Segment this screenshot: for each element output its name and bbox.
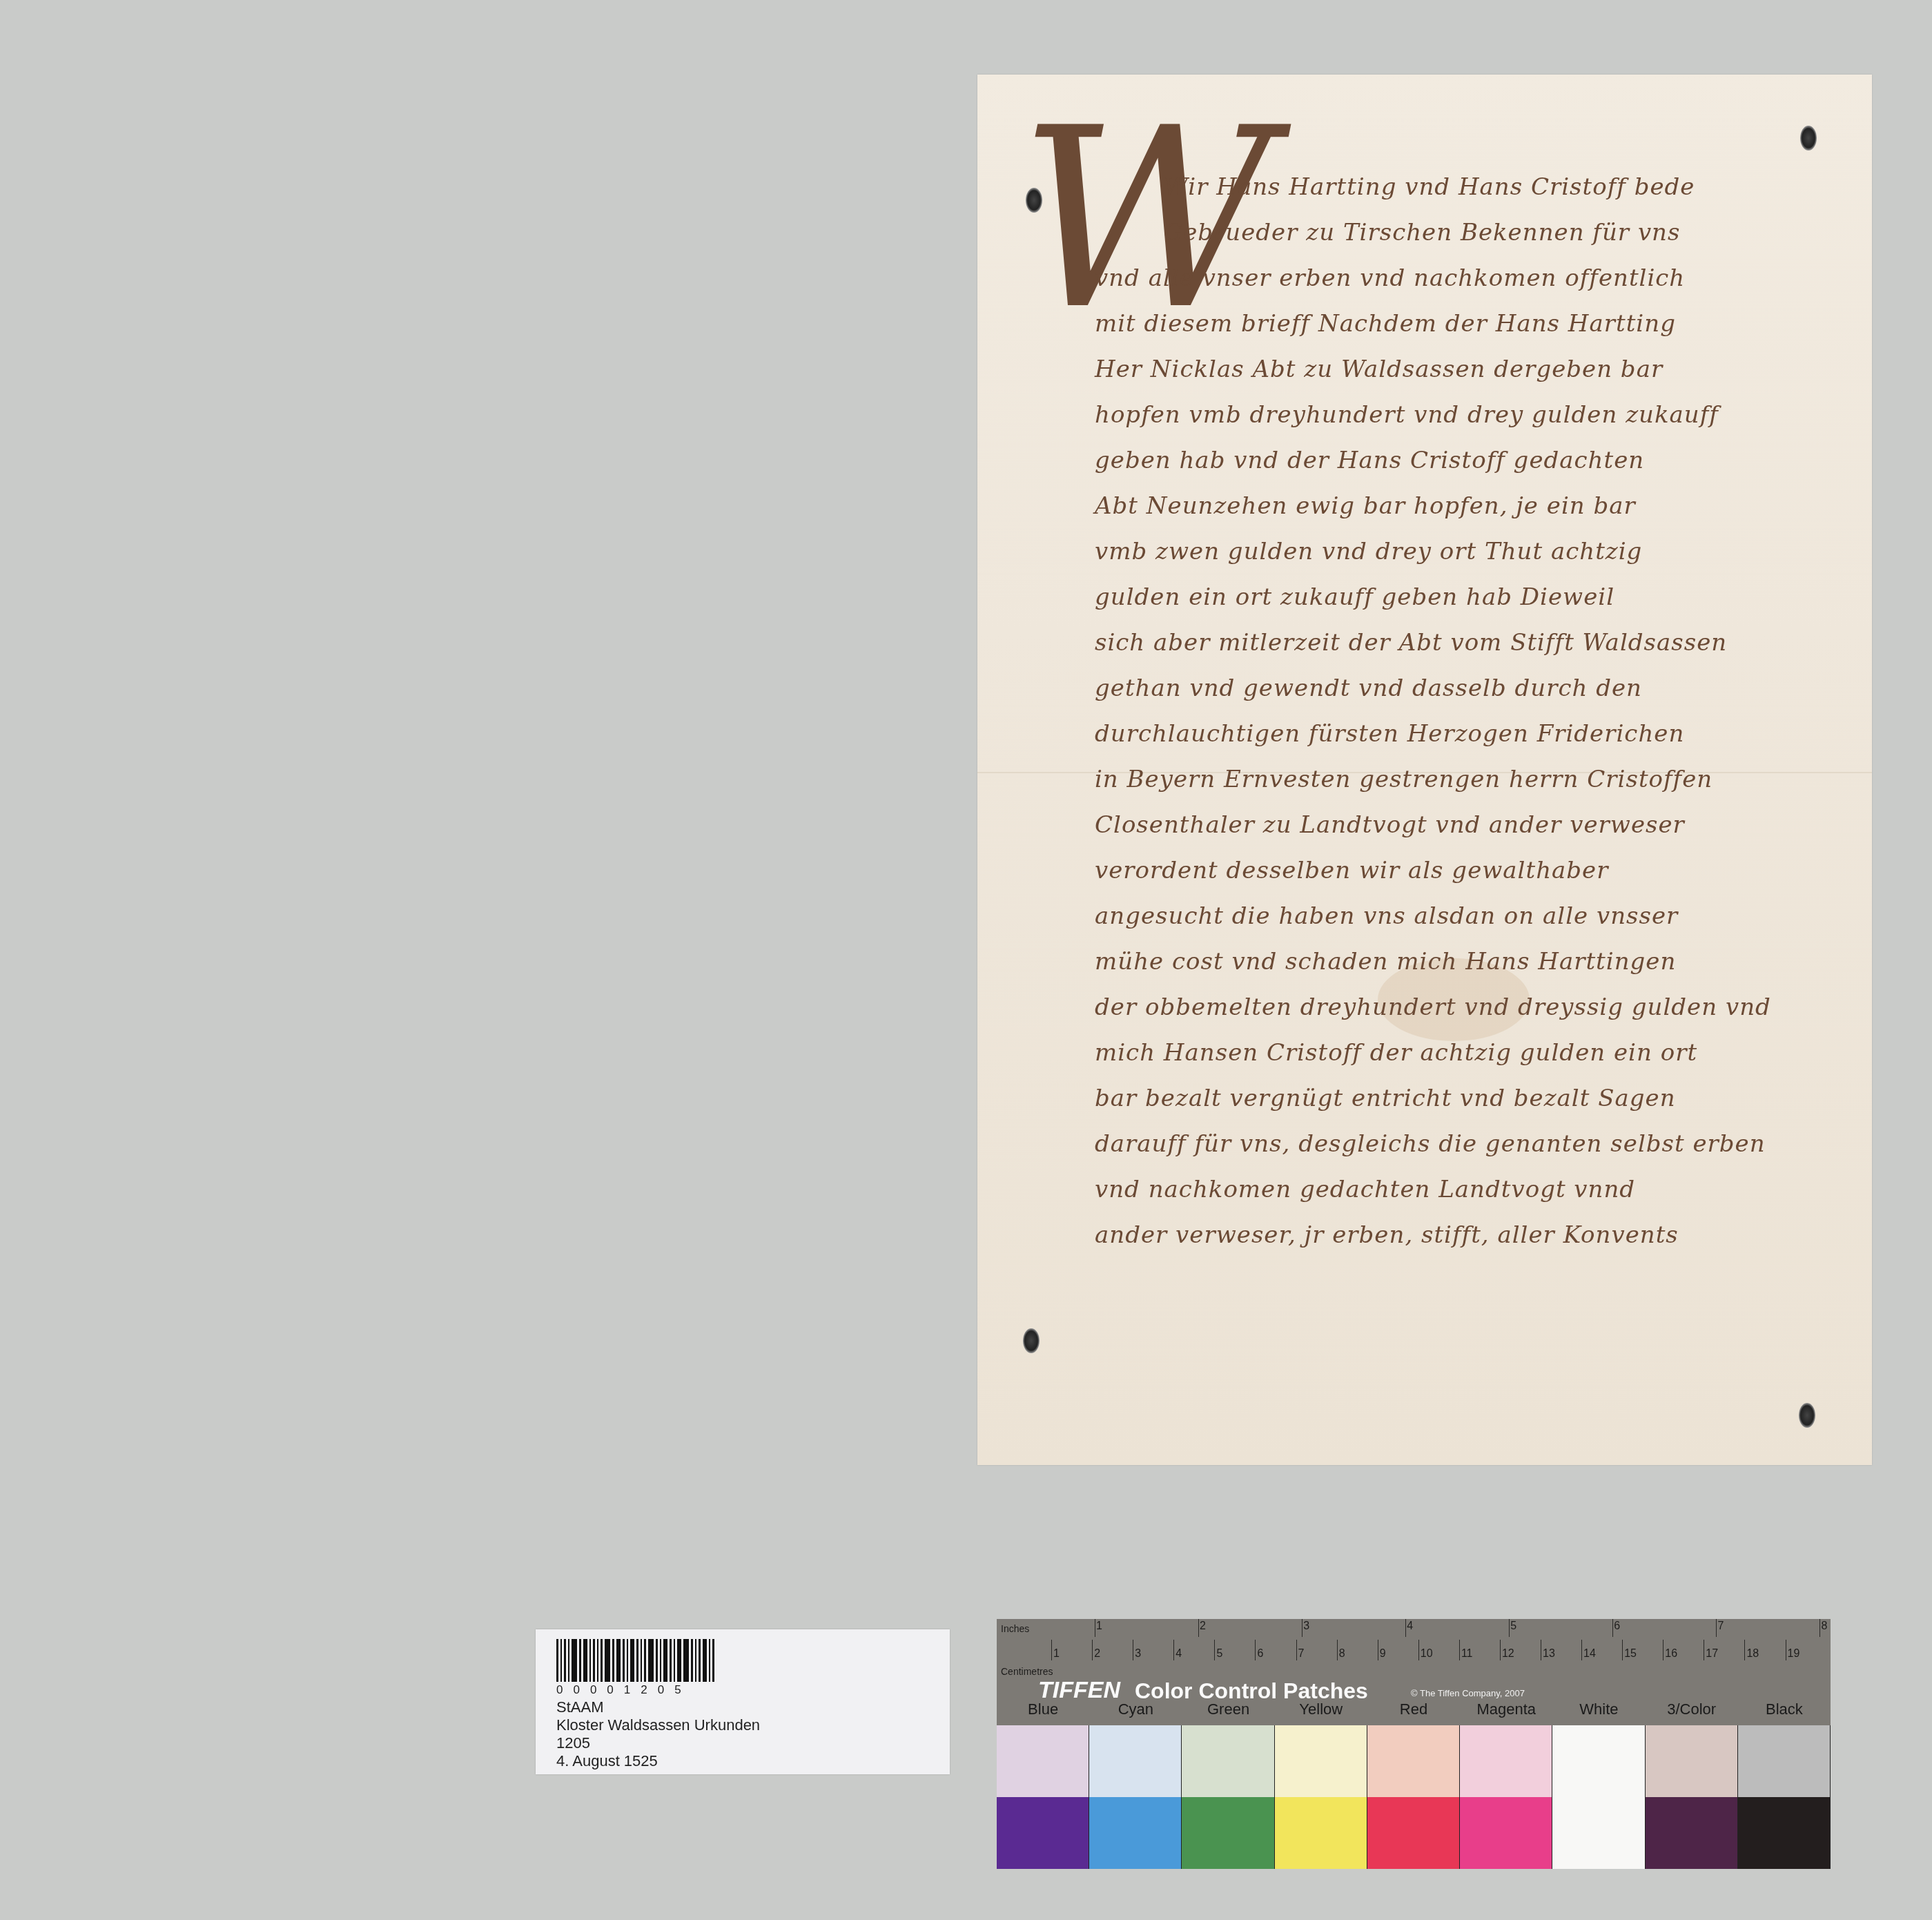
label-number: 1205 xyxy=(556,1734,760,1752)
cm-tick-label: 11 xyxy=(1461,1648,1473,1660)
cm-tick-label: 14 xyxy=(1583,1648,1596,1660)
label-text: StAAM Kloster Waldsassen Urkunden 1205 4… xyxy=(556,1698,760,1770)
patch-label: Blue xyxy=(997,1700,1089,1718)
patch-labels: BlueCyanGreenYellowRedMagentaWhite3/Colo… xyxy=(997,1700,1831,1718)
centimetres-label: Centimetres xyxy=(1001,1666,1053,1677)
ruler: Inches 123456781234567891011121314151617… xyxy=(997,1619,1831,1667)
patch-magenta xyxy=(1460,1725,1552,1869)
handwriting-line: in Beyern Ernvesten gestrengen herrn Cri… xyxy=(1095,757,1826,802)
patch-label: 3/Color xyxy=(1646,1700,1738,1718)
inch-tick-label: 1 xyxy=(1096,1620,1102,1633)
cm-tick-label: 18 xyxy=(1746,1648,1759,1660)
inch-tick-label: 8 xyxy=(1821,1620,1827,1633)
barcode-number: 00001205 xyxy=(556,1683,692,1697)
patch-blue xyxy=(997,1725,1089,1869)
handwriting-line: Her Nicklas Abt zu Waldsassen dergeben b… xyxy=(1095,347,1826,392)
handwriting-line: geben hab vnd der Hans Cristoff gedachte… xyxy=(1095,438,1826,483)
handwriting-line: mühe cost vnd schaden mich Hans Hartting… xyxy=(1095,939,1826,985)
patch-green xyxy=(1182,1725,1274,1869)
cm-tick-label: 19 xyxy=(1788,1648,1800,1660)
punch-hole xyxy=(1799,1403,1815,1428)
punch-hole xyxy=(1023,1328,1040,1353)
patch-label: Magenta xyxy=(1460,1700,1552,1718)
charter-document: W Wir Hans Hartting vnd Hans Cristoff be… xyxy=(977,75,1872,1465)
handwriting-line: gethan vnd gewendt vnd dasselb durch den xyxy=(1095,666,1826,711)
patch-white xyxy=(1552,1725,1645,1869)
patch-3-color xyxy=(1646,1725,1738,1869)
handwriting-line: verordent desselben wir als gewalthaber xyxy=(1095,848,1826,893)
inch-tick-label: 2 xyxy=(1200,1620,1206,1633)
patch-label: Cyan xyxy=(1089,1700,1182,1718)
handwriting-line: sich aber mitlerzeit der Abt vom Stifft … xyxy=(1095,620,1826,666)
copyright: © The Tiffen Company, 2007 xyxy=(1411,1688,1525,1698)
handwriting-line: gulden ein ort zukauff geben hab Dieweil xyxy=(1095,574,1826,620)
inch-tick-label: 4 xyxy=(1407,1620,1413,1633)
handwriting-line: Gebrueder zu Tirschen Bekennen für vns xyxy=(1095,210,1826,255)
handwriting-line: bar bezalt vergnügt entricht vnd bezalt … xyxy=(1095,1076,1826,1121)
handwritten-text: Wir Hans Hartting vnd Hans Cristoff bede… xyxy=(1095,164,1826,1258)
handwriting-line: hopfen vmb dreyhundert vnd drey gulden z… xyxy=(1095,392,1826,438)
inch-tick-label: 6 xyxy=(1614,1620,1620,1633)
patch-label: White xyxy=(1552,1700,1645,1718)
patch-label: Green xyxy=(1182,1700,1274,1718)
handwriting-line: mit diesem brieff Nachdem der Hans Hartt… xyxy=(1095,301,1826,347)
handwriting-line: Closenthaler zu Landtvogt vnd ander verw… xyxy=(1095,802,1826,848)
handwriting-line: angesucht die haben vns alsdan on alle v… xyxy=(1095,893,1826,939)
handwriting-line: ander verweser, jr erben, stifft, aller … xyxy=(1095,1212,1826,1258)
cm-tick-label: 15 xyxy=(1624,1648,1637,1660)
color-patches xyxy=(997,1725,1831,1869)
patch-yellow xyxy=(1275,1725,1367,1869)
inch-tick-label: 3 xyxy=(1303,1620,1309,1633)
cm-tick-label: 7 xyxy=(1298,1648,1305,1660)
inch-tick-label: 5 xyxy=(1510,1620,1516,1633)
cm-tick-label: 17 xyxy=(1706,1648,1718,1660)
handwriting-line: darauff für vns, desgleichs die genanten… xyxy=(1095,1121,1826,1167)
handwriting-line: vnd alle vnser erben vnd nachkomen offen… xyxy=(1095,255,1826,301)
patch-label: Red xyxy=(1367,1700,1460,1718)
patch-label: Black xyxy=(1738,1700,1831,1718)
handwriting-line: Wir Hans Hartting vnd Hans Cristoff bede xyxy=(1095,164,1826,210)
cm-tick-label: 8 xyxy=(1339,1648,1345,1660)
label-archive: StAAM xyxy=(556,1698,760,1716)
cm-tick-label: 16 xyxy=(1665,1648,1677,1660)
cm-tick-label: 6 xyxy=(1257,1648,1263,1660)
cm-tick-label: 1 xyxy=(1053,1648,1060,1660)
handwriting-line: durchlauchtigen fürsten Herzogen Frideri… xyxy=(1095,711,1826,757)
handwriting-line: mich Hansen Cristoff der achtzig gulden … xyxy=(1095,1030,1826,1076)
cm-tick-label: 2 xyxy=(1094,1648,1100,1660)
patch-red xyxy=(1367,1725,1460,1869)
handwriting-line: vnd nachkomen gedachten Landtvogt vnnd xyxy=(1095,1167,1826,1212)
inch-tick-label: 7 xyxy=(1717,1620,1724,1633)
cm-tick-label: 9 xyxy=(1380,1648,1386,1660)
patch-cyan xyxy=(1089,1725,1182,1869)
cm-tick-label: 12 xyxy=(1502,1648,1514,1660)
archive-label: 00001205 StAAM Kloster Waldsassen Urkund… xyxy=(536,1629,950,1774)
cm-tick-label: 5 xyxy=(1216,1648,1222,1660)
cm-tick-label: 4 xyxy=(1175,1648,1182,1660)
cm-tick-label: 10 xyxy=(1421,1648,1433,1660)
patch-label: Yellow xyxy=(1275,1700,1367,1718)
patch-black xyxy=(1738,1725,1831,1869)
barcode xyxy=(556,1639,714,1682)
cm-tick-label: 3 xyxy=(1135,1648,1141,1660)
inches-label: Inches xyxy=(1001,1623,1029,1634)
punch-hole xyxy=(1800,126,1817,151)
handwriting-line: Abt Neunzehen ewig bar hopfen, je ein ba… xyxy=(1095,483,1826,529)
label-collection: Kloster Waldsassen Urkunden xyxy=(556,1716,760,1734)
label-date: 4. August 1525 xyxy=(556,1752,760,1770)
handwriting-line: vmb zwen gulden vnd drey ort Thut achtzi… xyxy=(1095,529,1826,574)
color-control-card: Inches 123456781234567891011121314151617… xyxy=(997,1619,1831,1833)
cm-tick-label: 13 xyxy=(1543,1648,1555,1660)
handwriting-line: der obbemelten dreyhundert vnd dreyssig … xyxy=(1095,985,1826,1030)
